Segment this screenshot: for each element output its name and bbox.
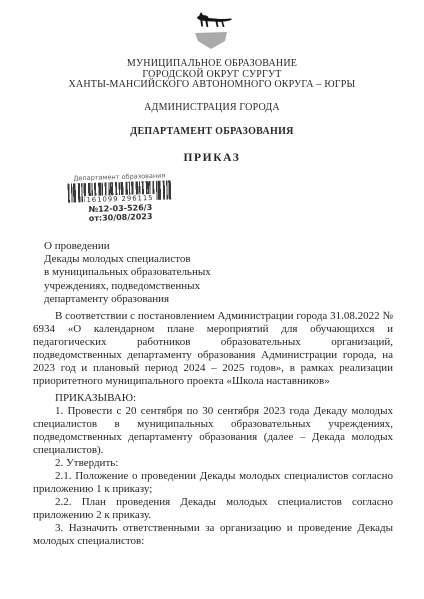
barcode: 161099 296115 <box>68 180 173 202</box>
order-item-2-1: 2.1. Положение о проведении Декады молод… <box>33 470 393 496</box>
letterhead <box>0 0 424 57</box>
order-item-1: 1. Провести с 20 сентября по 30 сентября… <box>33 405 393 457</box>
document-page: МУНИЦИПАЛЬНОЕ ОБРАЗОВАНИЕ ГОРОДСКОЙ ОКРУ… <box>0 0 424 599</box>
organization-name: МУНИЦИПАЛЬНОЕ ОБРАЗОВАНИЕ ГОРОДСКОЙ ОКРУ… <box>0 59 424 91</box>
order-item-2-2: 2.2. План проведения Декады молодых спец… <box>33 496 393 522</box>
order-word: ПРИКАЗЫВАЮ: <box>33 392 393 405</box>
order-item-2: 2. Утвердить: <box>33 457 393 470</box>
fox-silhouette <box>197 12 232 27</box>
order-subject: О проведении Декады молодых специалистов… <box>44 240 424 306</box>
administration-line: АДМИНИСТРАЦИЯ ГОРОДА <box>0 102 424 113</box>
document-type-title: ПРИКАЗ <box>0 152 424 164</box>
surgut-coat-of-arms-icon <box>190 10 234 52</box>
registration-stamp: Департамент образования 161099 296115 №1… <box>61 171 178 224</box>
department-line: ДЕПАРТАМЕНТ ОБРАЗОВАНИЯ <box>0 126 424 137</box>
shield-shape <box>195 32 227 49</box>
preamble-paragraph: В соответствии с постановлением Админист… <box>33 310 393 388</box>
order-item-3: 3. Назначить ответственными за организац… <box>33 522 393 548</box>
order-body: В соответствии с постановлением Админист… <box>33 310 393 548</box>
